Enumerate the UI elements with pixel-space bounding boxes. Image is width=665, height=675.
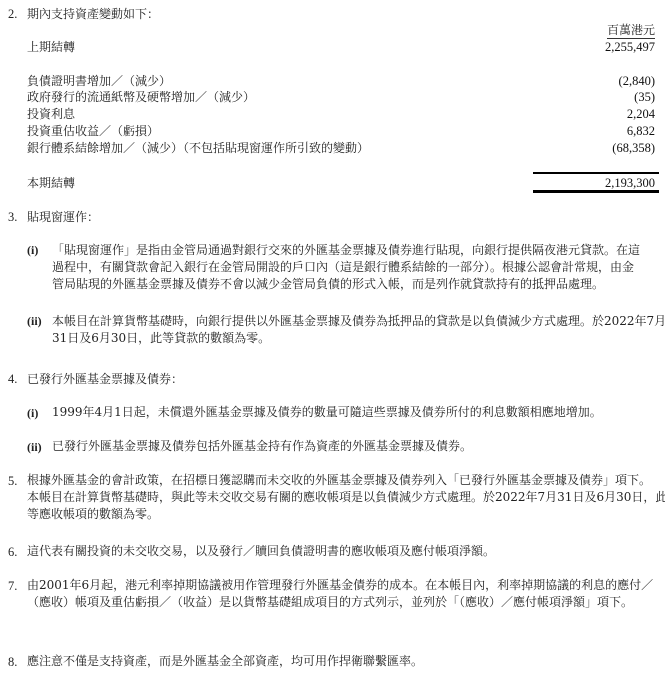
row-label-brought-forward: 上期結轉 [27,39,75,55]
section-4-item-i-number: (i) [27,405,38,421]
total-top-rule [533,172,659,174]
section-3-title: 貼現窗運作： [27,209,99,225]
section-4-number: 4. [8,371,17,387]
row-value-interest: 2,204 [627,106,655,122]
text-line: 本帳目在計算貨幣基礎時，與此等未交收交易有關的應收帳項是以負債減少方式處理。於2… [27,489,665,506]
text-line: 這代表有關投資的未交收交易，以及發行／贖回負債證明書的應收帳項及應付帳項淨額。 [27,543,495,560]
text-line: 管局貼現的外匯基金票據及債券不會以減少金管局負債的形式入帳，而是列作就貸款持有的… [52,276,640,293]
row-value-aggregate-balance: (68,358) [612,140,655,156]
section-8-number: 8. [8,654,17,670]
row-label-notes-coins: 政府發行的流通紙幣及硬幣增加／（減少） [27,89,255,105]
section-4-title: 已發行外匯基金票據及債券： [27,371,183,387]
row-label-cert-indebtedness: 負債證明書增加／（減少） [27,73,171,89]
row-label-carried-forward: 本期結轉 [27,175,75,191]
text-line: 過程中，有關貸款會記入銀行在金管局開設的戶口內（這是銀行體系結餘的一部分）。根據… [52,259,640,276]
text-line: 31日及6月30日，此等貸款的數額為零。 [52,330,665,347]
text-line: 由2001年6月起，港元利率掉期協議被用作管理發行外匯基金債券的成本。在本帳目內… [27,577,653,594]
section-5-text: 根據外匯基金的會計政策，在招標日獲認購而未交收的外匯基金票據及債券列入「已發行外… [27,472,665,523]
section-6-number: 6. [8,544,17,560]
section-3-item-ii-text: 本帳目在計算貨幣基礎時，向銀行提供以外匯基金票據及債券為抵押品的貸款是以負債減少… [52,313,665,347]
section-2-title: 期內支持資產變動如下： [27,6,159,22]
row-label-aggregate-balance: 銀行體系結餘增加／（減少）（不包括貼現窗運作所引致的變動） [27,140,369,156]
section-8-text: 應注意不僅是支持資產，而是外匯基金全部資產，均可用作捍衛聯繫匯率。 [27,653,423,670]
row-value-carried-forward: 2,193,300 [605,175,655,191]
section-7-text: 由2001年6月起，港元利率掉期協議被用作管理發行外匯基金債券的成本。在本帳目內… [27,577,653,611]
section-7-number: 7. [8,578,17,594]
row-label-revaluation: 投資重估收益／（虧損） [27,123,159,139]
currency-unit-header: 百萬港元 [607,23,655,39]
row-value-notes-coins: (35) [634,89,655,105]
section-5-number: 5. [8,473,17,489]
section-3-item-i-number: (i) [27,242,38,258]
text-line: 「貼現窗運作」是指由金管局通過對銀行交來的外匯基金票據及債券進行貼現，向銀行提供… [52,242,640,259]
text-line: 1999年4月1日起，未償還外匯基金票據及債券的數量可隨這些票據及債券所付的利息… [52,404,602,421]
text-line: 應注意不僅是支持資產，而是外匯基金全部資產，均可用作捍衛聯繫匯率。 [27,653,423,670]
row-value-revaluation: 6,832 [627,123,655,139]
section-3-item-i-text: 「貼現窗運作」是指由金管局通過對銀行交來的外匯基金票據及債券進行貼現，向銀行提供… [52,242,640,293]
text-line: 等應收帳項的數額為零。 [27,506,665,523]
row-value-cert-indebtedness: (2,840) [619,73,655,89]
text-line: （應收）帳項及重估虧損／（收益）是以貨幣基礎組成項目的方式列示，並列於「（應收）… [27,594,653,611]
section-4-item-i-text: 1999年4月1日起，未償還外匯基金票據及債券的數量可隨這些票據及債券所付的利息… [52,404,602,421]
section-4-item-ii-text: 已發行外匯基金票據及債券包括外匯基金持有作為資產的外匯基金票據及債券。 [52,438,472,455]
section-3-number: 3. [8,209,17,225]
section-4-item-ii-number: (ii) [27,439,42,455]
total-bottom-rule [533,190,659,193]
row-label-interest: 投資利息 [27,106,75,122]
section-6-text: 這代表有關投資的未交收交易，以及發行／贖回負債證明書的應收帳項及應付帳項淨額。 [27,543,495,560]
text-line: 已發行外匯基金票據及債券包括外匯基金持有作為資產的外匯基金票據及債券。 [52,438,472,455]
text-line: 本帳目在計算貨幣基礎時，向銀行提供以外匯基金票據及債券為抵押品的貸款是以負債減少… [52,313,665,330]
section-2-number: 2. [8,6,17,22]
section-3-item-ii-number: (ii) [27,313,42,329]
text-line: 根據外匯基金的會計政策，在招標日獲認購而未交收的外匯基金票據及債券列入「已發行外… [27,472,665,489]
row-value-brought-forward: 2,255,497 [605,39,655,55]
